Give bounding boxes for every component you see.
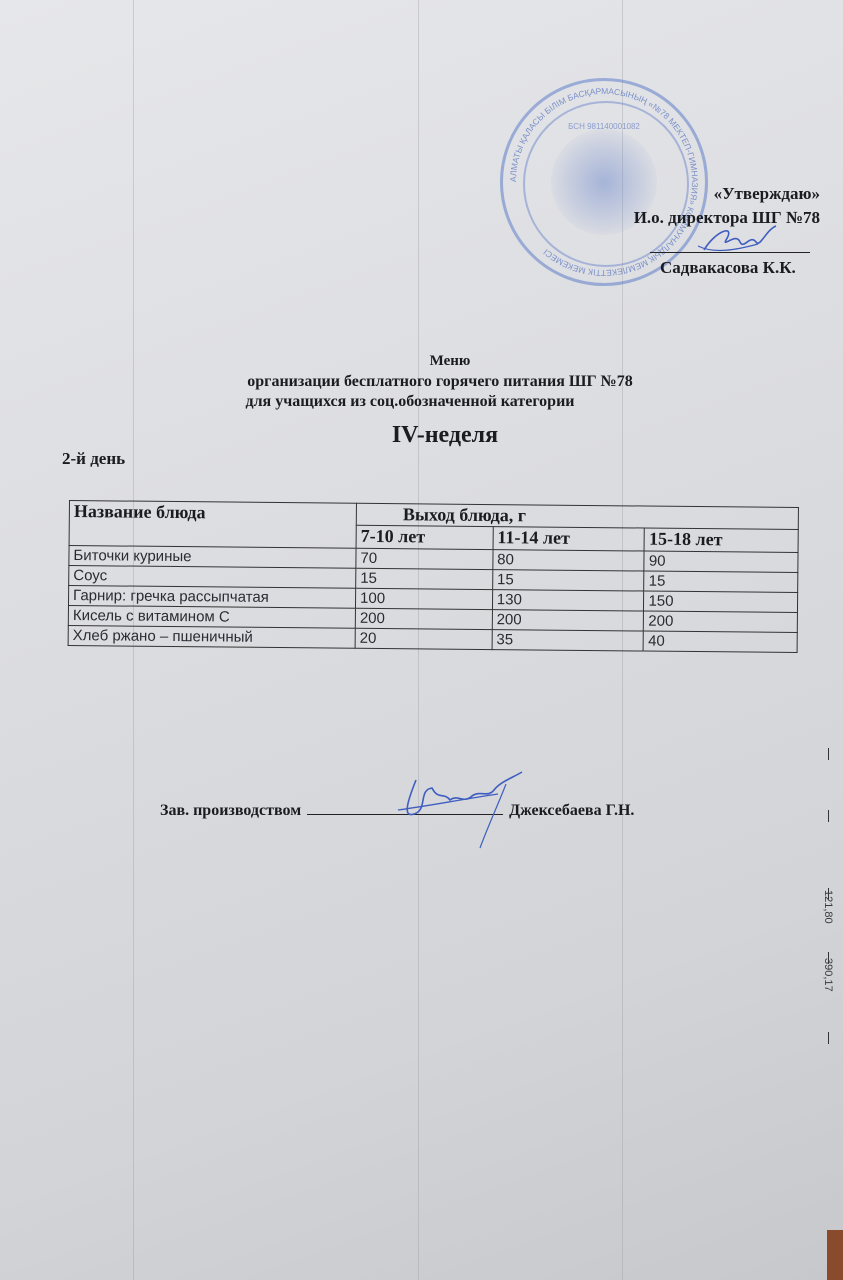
dish-name: Хлеб ржано – пшеничный xyxy=(68,625,355,648)
director-signature xyxy=(696,220,786,260)
portion-grams: 150 xyxy=(644,591,798,612)
portion-grams: 40 xyxy=(644,631,798,652)
document-subtitle: организации бесплатного горячего питания… xyxy=(140,373,740,391)
portion-grams: 20 xyxy=(355,628,492,649)
director-name: Садвакасова К.К. xyxy=(660,258,796,278)
dish-name: Биточки куриные xyxy=(69,546,356,569)
dish-name: Соус xyxy=(69,566,356,589)
portion-grams: 130 xyxy=(492,590,644,611)
production-head-signature xyxy=(388,770,528,850)
approval-label: «Утверждаю» xyxy=(600,182,820,206)
portion-grams: 200 xyxy=(644,611,798,632)
age-group-header: 15-18 лет xyxy=(644,528,798,552)
portion-grams: 200 xyxy=(492,610,644,631)
portion-grams: 35 xyxy=(492,630,644,651)
menu-table: Название блюда Выход блюда, г 7-10 лет11… xyxy=(68,500,799,653)
document-subtitle-2: для учащихся из соц.обозначенной категор… xyxy=(110,393,710,411)
portion-grams: 100 xyxy=(355,588,492,609)
portion-grams: 15 xyxy=(644,571,798,592)
portion-grams: 70 xyxy=(356,548,493,569)
portion-grams: 15 xyxy=(492,570,644,591)
table-surface xyxy=(827,1230,843,1280)
edge-number: 390,17 xyxy=(822,958,834,992)
portion-grams: 90 xyxy=(644,551,798,572)
document-title: Меню xyxy=(150,353,750,370)
portion-grams: 200 xyxy=(355,608,492,629)
edge-number: 121,80 xyxy=(822,890,834,924)
portion-grams: 80 xyxy=(493,550,645,571)
dish-name-header: Название блюда xyxy=(69,501,356,549)
age-group-header: 11-14 лет xyxy=(493,527,645,551)
age-group-header: 7-10 лет xyxy=(356,525,493,549)
portion-grams: 15 xyxy=(356,568,493,589)
document-page: АЛМАТЫ ҚАЛАСЫ БІЛІМ БАСҚАРМАСЫНЫҢ «№78 М… xyxy=(0,0,843,1280)
edge-document-fragment: 121,80 390,17 xyxy=(822,740,843,1120)
week-label: IV-неделя xyxy=(145,422,745,449)
signoff-role: Зав. производством xyxy=(160,802,301,819)
svg-text:БСН 981140001082: БСН 981140001082 xyxy=(568,122,640,131)
day-label: 2-й день xyxy=(62,449,125,469)
dish-name: Кисель с витамином С xyxy=(68,605,355,628)
dish-name: Гарнир: гречка рассыпчатая xyxy=(68,586,355,609)
